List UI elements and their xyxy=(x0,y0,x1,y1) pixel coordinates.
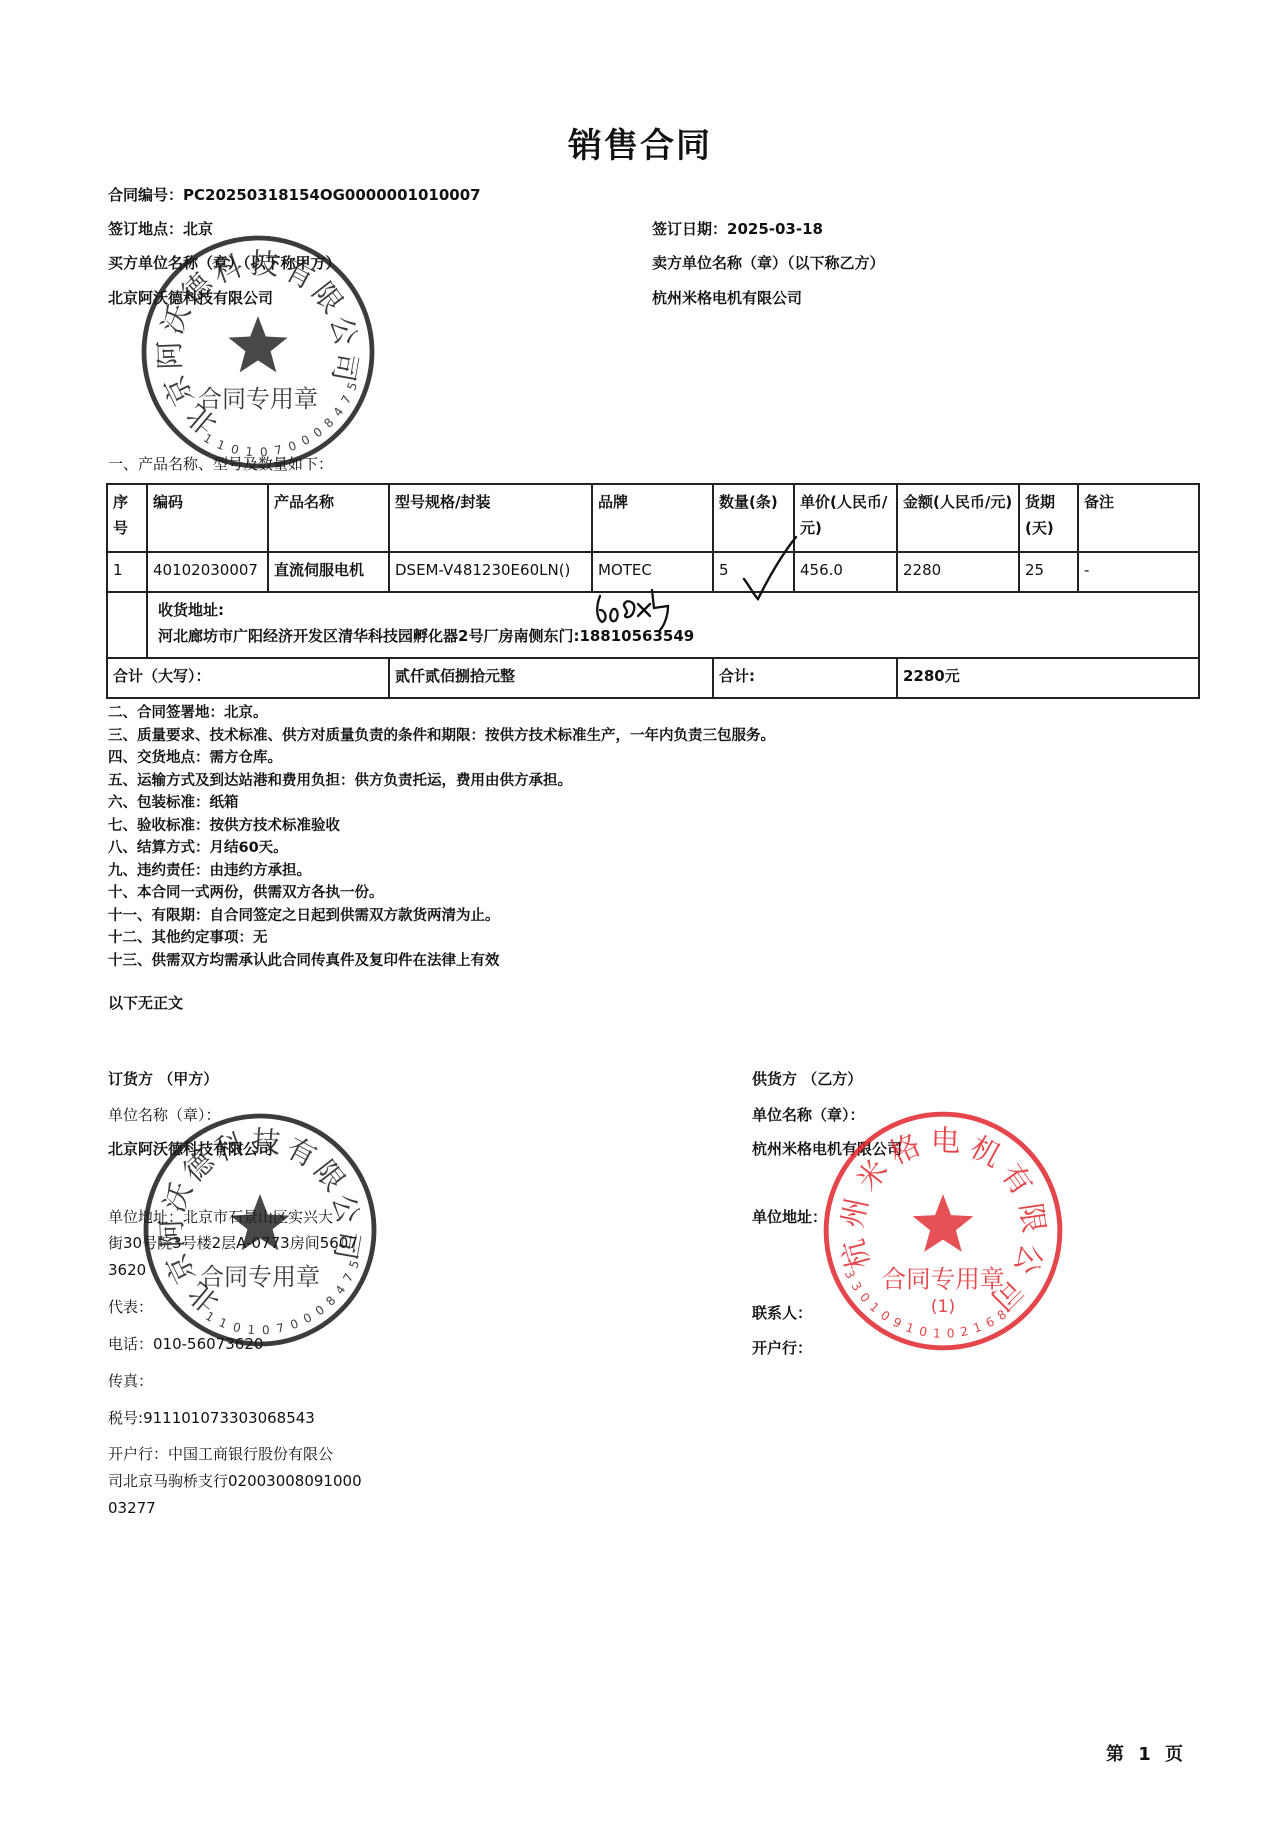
buyer-address-line2: 街30号院3号楼2层A-0773房间5607 xyxy=(108,1232,358,1254)
buyer-address-label: 单位地址： xyxy=(108,1208,183,1226)
cell-brand: MOTEC xyxy=(592,552,713,592)
cell-amount: 2280 xyxy=(897,552,1019,592)
seller-name: 杭州米格电机有限公司 xyxy=(652,287,802,308)
svg-text:1: 1 xyxy=(215,437,227,453)
end-note: 以下无正文 xyxy=(108,992,183,1013)
svg-text:0: 0 xyxy=(878,1308,892,1324)
col-header-remark: 备注 xyxy=(1078,484,1199,552)
clause: 七、验收标准：按供方技术标准验收 xyxy=(108,815,775,838)
svg-text:1: 1 xyxy=(203,1309,217,1325)
svg-text:7: 7 xyxy=(340,1271,356,1284)
buyer-tax-label: 税号: xyxy=(108,1409,143,1427)
address-spacer xyxy=(107,592,147,658)
svg-text:7: 7 xyxy=(338,393,354,406)
product-table: 序号 编码 产品名称 型号规格/封装 品牌 数量(条) 单价(人民币/元) 金额… xyxy=(106,483,1200,699)
svg-text:京: 京 xyxy=(157,370,200,411)
contract-clauses: 二、合同签署地：北京。 三、质量要求、技术标准、供方对质量负责的条件和期限：按供… xyxy=(108,702,775,972)
svg-text:8: 8 xyxy=(321,415,336,430)
clause: 九、违约责任：由违约方承担。 xyxy=(108,860,775,883)
clause: 四、交货地点：需方仓库。 xyxy=(108,747,775,770)
buyer-unit-name: 北京阿沃德科技有限公司 xyxy=(108,1138,273,1160)
svg-text:北: 北 xyxy=(181,1275,225,1320)
address-value: 河北廊坊市广阳经济开发区清华科技园孵化器2号厂房南侧东门:18810563549 xyxy=(158,623,1193,649)
clause: 六、包装标准：纸箱 xyxy=(108,792,775,815)
page-number: 第 1 页 xyxy=(1106,1740,1187,1766)
svg-text:有: 有 xyxy=(994,1157,1039,1201)
clause: 十、本合同一式两份，供需双方各执一份。 xyxy=(108,882,775,905)
cell-index: 1 xyxy=(107,552,147,592)
svg-text:杭: 杭 xyxy=(836,1236,876,1273)
col-header-model: 型号规格/封装 xyxy=(389,484,592,552)
seller-bank-label: 开户行： xyxy=(752,1337,812,1359)
table-row: 1 40102030007 直流伺服电机 DSEM-V481230E60LN()… xyxy=(107,552,1199,592)
svg-text:电: 电 xyxy=(930,1124,961,1159)
col-header-code: 编码 xyxy=(147,484,268,552)
col-header-unit-price: 单价(人民币/元) xyxy=(794,484,897,552)
clause: 十一、有限期：自合同签定之日起到供需双方款货两清为止。 xyxy=(108,905,775,928)
svg-text:司: 司 xyxy=(984,1272,1029,1317)
buyer-phone: 电话：010-56073620 xyxy=(108,1333,263,1355)
svg-text:5: 5 xyxy=(346,1258,362,1270)
buyer-tax: 税号:911101073303068543 xyxy=(108,1407,315,1429)
total-upper-label: 合计（大写）： xyxy=(107,658,389,698)
svg-text:京: 京 xyxy=(159,1248,202,1289)
col-header-lead-days: 货期(天) xyxy=(1019,484,1078,552)
cell-remark: - xyxy=(1078,552,1199,592)
sign-date: 签订日期：2025-03-18 xyxy=(652,218,823,239)
svg-text:4: 4 xyxy=(333,1283,349,1297)
svg-text:3: 3 xyxy=(848,1279,864,1293)
buyer-header: 买方单位名称（章）（以下称甲方） xyxy=(108,252,341,273)
total-upper-value: 贰仟贰佰捌拾元整 xyxy=(389,658,713,698)
svg-text:3: 3 xyxy=(842,1268,858,1281)
svg-text:0: 0 xyxy=(286,438,298,454)
svg-text:司: 司 xyxy=(326,350,364,384)
buyer-bank-line1: 中国工商银行股份有限公 xyxy=(168,1445,333,1463)
clause: 十三、供需双方均需承认此合同传真件及复印件在法律上有效 xyxy=(108,950,775,973)
sign-date-label: 签订日期： xyxy=(652,220,727,238)
clause: 八、结算方式：月结60天。 xyxy=(108,837,775,860)
buyer-fax-label: 传真： xyxy=(108,1370,153,1392)
svg-text:1: 1 xyxy=(904,1320,916,1336)
buyer-party-title: 订货方 （甲方） xyxy=(108,1068,218,1089)
seller-party-title: 供货方 （乙方） xyxy=(752,1068,862,1089)
seller-unit-name-label: 单位名称（章）： xyxy=(752,1104,865,1126)
buyer-address-line3: 3620 xyxy=(108,1259,146,1281)
seller-contact-label: 联系人： xyxy=(752,1302,812,1324)
svg-text:合同专用章: 合同专用章 xyxy=(882,1265,1005,1294)
cell-quantity: 5 xyxy=(713,552,794,592)
buyer-tax-value: 911101073303068543 xyxy=(143,1409,315,1427)
col-header-name: 产品名称 xyxy=(268,484,389,552)
svg-text:0: 0 xyxy=(946,1326,955,1341)
svg-text:限: 限 xyxy=(307,1154,352,1198)
sign-date-value: 2025-03-18 xyxy=(727,220,823,238)
svg-text:机: 机 xyxy=(965,1130,1007,1174)
buyer-phone-label: 电话： xyxy=(108,1335,153,1353)
svg-text:5: 5 xyxy=(344,380,360,392)
buyer-bank-line3: 03277 xyxy=(108,1497,156,1519)
total-label: 合计: xyxy=(713,658,897,698)
svg-text:合同专用章: 合同专用章 xyxy=(200,1263,320,1291)
clause: 十二、其他约定事项：无 xyxy=(108,927,775,950)
svg-text:限: 限 xyxy=(1013,1201,1051,1235)
svg-text:公: 公 xyxy=(324,313,364,349)
svg-text:6: 6 xyxy=(983,1314,997,1330)
svg-text:0: 0 xyxy=(857,1290,873,1305)
document-title: 销售合同 xyxy=(0,118,1280,167)
svg-text:9: 9 xyxy=(890,1315,903,1331)
cell-name: 直流伺服电机 xyxy=(268,552,389,592)
col-header-index: 序号 xyxy=(107,484,147,552)
buyer-bank-label: 开户行： xyxy=(108,1445,168,1463)
svg-text:阿: 阿 xyxy=(152,340,187,370)
sign-place-value: 北京 xyxy=(183,220,213,238)
buyer-address: 单位地址：北京市石景山区实兴大 xyxy=(108,1206,333,1228)
clause: 五、运输方式及到达站港和费用负担：供方负责托运，费用由供方承担。 xyxy=(108,770,775,793)
seller-unit-name: 杭州米格电机有限公司 xyxy=(752,1138,902,1160)
cell-lead-days: 25 xyxy=(1019,552,1078,592)
buyer-unit-name-label: 单位名称（章）： xyxy=(108,1104,221,1126)
svg-text:7: 7 xyxy=(275,1321,285,1336)
svg-text:0: 0 xyxy=(288,1316,300,1332)
sign-place-label: 签订地点： xyxy=(108,220,183,238)
svg-text:0: 0 xyxy=(301,1310,314,1326)
svg-text:1: 1 xyxy=(867,1300,882,1316)
svg-text:限: 限 xyxy=(305,276,350,320)
svg-text:1: 1 xyxy=(932,1326,941,1340)
svg-text:1: 1 xyxy=(217,1315,229,1331)
svg-text:(1): (1) xyxy=(931,1297,955,1317)
svg-text:0: 0 xyxy=(918,1324,928,1339)
col-header-brand: 品牌 xyxy=(592,484,713,552)
clause: 三、质量要求、技术标准、供方对质量负责的条件和期限：按供方技术标准生产，一年内负… xyxy=(108,725,775,748)
svg-text:8: 8 xyxy=(323,1293,338,1308)
svg-text:0: 0 xyxy=(299,432,312,448)
col-header-quantity: 数量(条) xyxy=(713,484,794,552)
address-cell: 收货地址: 河北廊坊市广阳经济开发区清华科技园孵化器2号厂房南侧东门:18810… xyxy=(147,592,1199,658)
buyer-bank-line2: 司北京马驹桥支行02003008091000 xyxy=(108,1470,362,1492)
svg-text:公: 公 xyxy=(1008,1240,1050,1279)
buyer-rep-label: 代表： xyxy=(108,1296,153,1318)
svg-text:0: 0 xyxy=(311,425,325,441)
section-1-title: 一、产品名称、型号及数量如下： xyxy=(108,453,333,474)
cell-model: DSEM-V481230E60LN() xyxy=(389,552,592,592)
seller-address-label: 单位地址： xyxy=(752,1206,827,1228)
address-row: 收货地址: 河北廊坊市广阳经济开发区清华科技园孵化器2号厂房南侧东门:18810… xyxy=(107,592,1199,658)
seller-header: 卖方单位名称（章）（以下称乙方） xyxy=(652,252,885,273)
contract-number-value: PC20250318154OG0000001010007 xyxy=(183,186,481,204)
buyer-bank: 开户行：中国工商银行股份有限公 xyxy=(108,1443,333,1465)
svg-text:4: 4 xyxy=(331,405,347,419)
total-row: 合计（大写）： 贰仟贰佰捌拾元整 合计: 2280元 xyxy=(107,658,1199,698)
clause: 二、合同签署地：北京。 xyxy=(108,702,775,725)
svg-text:2: 2 xyxy=(959,1324,970,1339)
svg-text:1: 1 xyxy=(971,1320,983,1336)
cell-unit-price: 456.0 xyxy=(794,552,897,592)
svg-text:1: 1 xyxy=(201,431,215,447)
table-header-row: 序号 编码 产品名称 型号规格/封装 品牌 数量(条) 单价(人民币/元) 金额… xyxy=(107,484,1199,552)
contract-number-label: 合同编号： xyxy=(108,186,183,204)
buyer-phone-value: 010-56073620 xyxy=(153,1335,263,1353)
svg-text:州: 州 xyxy=(835,1195,874,1231)
address-label: 收货地址: xyxy=(158,597,1193,623)
contract-number: 合同编号：PC20250318154OG0000001010007 xyxy=(108,184,481,205)
cell-code: 40102030007 xyxy=(147,552,268,592)
buyer-address-line1: 北京市石景山区实兴大 xyxy=(183,1208,333,1226)
sign-place: 签订地点：北京 xyxy=(108,218,213,239)
buyer-name: 北京阿沃德科技有限公司 xyxy=(108,287,273,308)
svg-text:0: 0 xyxy=(313,1303,327,1319)
svg-text:合同专用章: 合同专用章 xyxy=(198,385,318,413)
total-value: 2280元 xyxy=(897,658,1199,698)
svg-text:有: 有 xyxy=(281,1130,322,1174)
svg-text:北: 北 xyxy=(179,397,223,442)
svg-text:8: 8 xyxy=(995,1307,1009,1323)
col-header-amount: 金额(人民币/元) xyxy=(897,484,1019,552)
